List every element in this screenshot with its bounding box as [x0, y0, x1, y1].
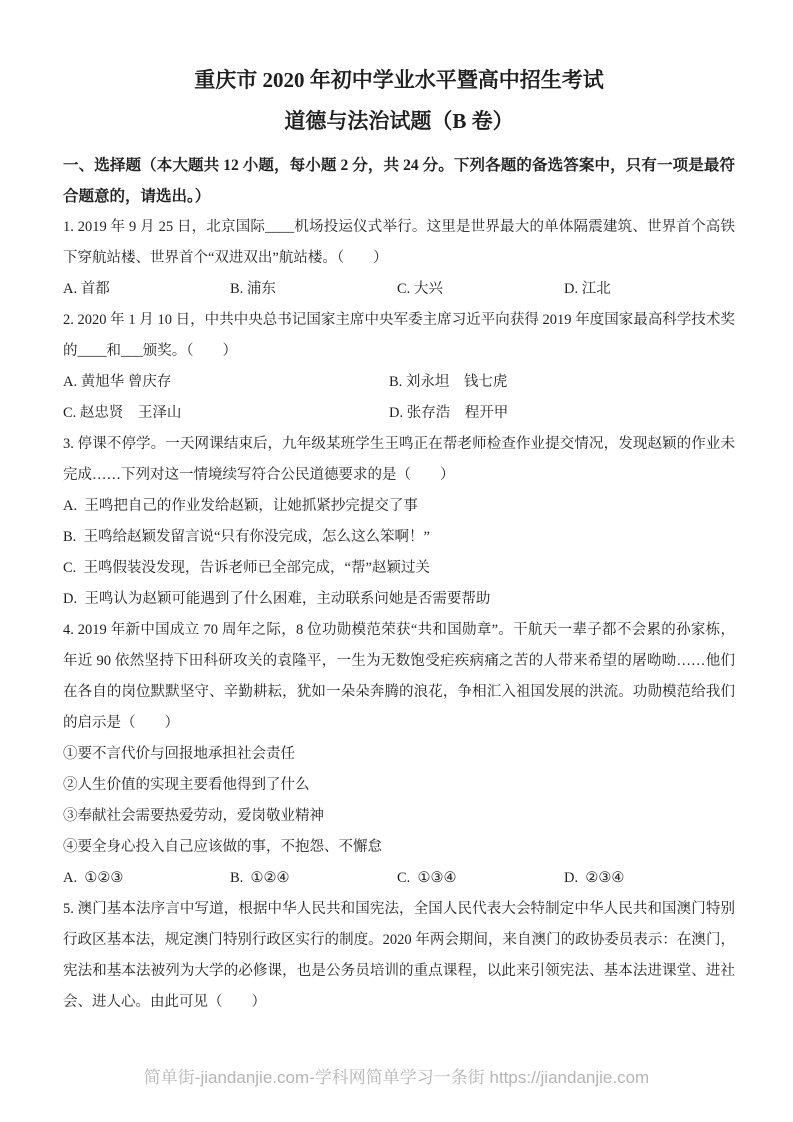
- question-3-option-d: D. 王鸣认为赵颖可能遇到了什么困难，主动联系问她是否需要帮助: [63, 584, 735, 615]
- question-1-option-b: B. 浦东: [230, 274, 397, 305]
- question-3-option-b: B. 王鸣给赵颖发留言说“只有你没完成，怎么这么笨啊！”: [63, 522, 735, 553]
- question-4-stem: 4. 2019 年新中国成立 70 周年之际，8 位功勋模范荣获“共和国勋章”。…: [63, 615, 735, 739]
- question-4-subitem-2: ②人生价值的实现主要看他得到了什么: [63, 770, 735, 801]
- question-4: 4. 2019 年新中国成立 70 周年之际，8 位功勋模范荣获“共和国勋章”。…: [63, 615, 735, 894]
- question-3-stem: 3. 停课不停学。一天网课结束后，九年级某班学生王鸣正在帮老师检查作业提交情况，…: [63, 429, 735, 491]
- question-3-option-c: C. 王鸣假装没发现，告诉老师已全部完成，“帮”赵颖过关: [63, 553, 735, 584]
- exam-page: 重庆市 2020 年初中学业水平暨高中招生考试 道德与法治试题（B 卷） 一、选…: [0, 0, 793, 1018]
- page-title: 重庆市 2020 年初中学业水平暨高中招生考试: [63, 60, 735, 101]
- question-4-subitem-4: ④要全身心投入自己应该做的事，不抱怨、不懈怠: [63, 832, 735, 863]
- question-4-options: A. ①②③ B. ①②④ C. ①③④ D. ②③④: [63, 863, 735, 894]
- question-1-options: A. 首都 B. 浦东 C. 大兴 D. 江北: [63, 274, 735, 305]
- question-5-stem: 5. 澳门基本法序言中写道，根据中华人民共和国宪法，全国人民代表大会特制定中华人…: [63, 894, 735, 1018]
- question-1-option-a: A. 首都: [63, 274, 230, 305]
- question-4-option-a: A. ①②③: [63, 863, 230, 894]
- question-2-options: A. 黄旭华 曾庆存 B. 刘永坦 钱七虎 C. 赵忠贤 王泽山 D. 张存浩 …: [63, 367, 735, 429]
- question-1-option-c: C. 大兴: [397, 274, 564, 305]
- question-1: 1. 2019 年 9 月 25 日，北京国际____机场投运仪式举行。这里是世…: [63, 212, 735, 305]
- question-4-subitem-1: ①要不言代价与回报地承担社会责任: [63, 739, 735, 770]
- question-3-option-a: A. 王鸣把自己的作业发给赵颖，让她抓紧抄完提交了事: [63, 491, 735, 522]
- question-4-option-c: C. ①③④: [397, 863, 564, 894]
- question-4-subitem-3: ③奉献社会需要热爱劳动，爱岗敬业精神: [63, 801, 735, 832]
- question-5: 5. 澳门基本法序言中写道，根据中华人民共和国宪法，全国人民代表大会特制定中华人…: [63, 894, 735, 1018]
- question-1-option-d: D. 江北: [564, 274, 735, 305]
- question-4-option-b: B. ①②④: [230, 863, 397, 894]
- section-header: 一、选择题（本大题共 12 小题，每小题 2 分，共 24 分。下列各题的备选答…: [63, 150, 735, 212]
- question-2-option-c: C. 赵忠贤 王泽山: [63, 398, 389, 429]
- question-2: 2. 2020 年 1 月 10 日，中共中央总书记国家主席中央军委主席习近平向…: [63, 305, 735, 429]
- page-subtitle: 道德与法治试题（B 卷）: [63, 101, 735, 142]
- question-2-option-a: A. 黄旭华 曾庆存: [63, 367, 389, 398]
- footer-watermark: 简单街-jiandanjie.com-学科网简单学习一条街 https://ji…: [0, 1063, 793, 1088]
- question-4-option-d: D. ②③④: [564, 863, 735, 894]
- question-2-stem: 2. 2020 年 1 月 10 日，中共中央总书记国家主席中央军委主席习近平向…: [63, 305, 735, 367]
- question-2-option-b: B. 刘永坦 钱七虎: [389, 367, 735, 398]
- question-2-option-d: D. 张存浩 程开甲: [389, 398, 735, 429]
- question-1-stem: 1. 2019 年 9 月 25 日，北京国际____机场投运仪式举行。这里是世…: [63, 212, 735, 274]
- question-3: 3. 停课不停学。一天网课结束后，九年级某班学生王鸣正在帮老师检查作业提交情况，…: [63, 429, 735, 615]
